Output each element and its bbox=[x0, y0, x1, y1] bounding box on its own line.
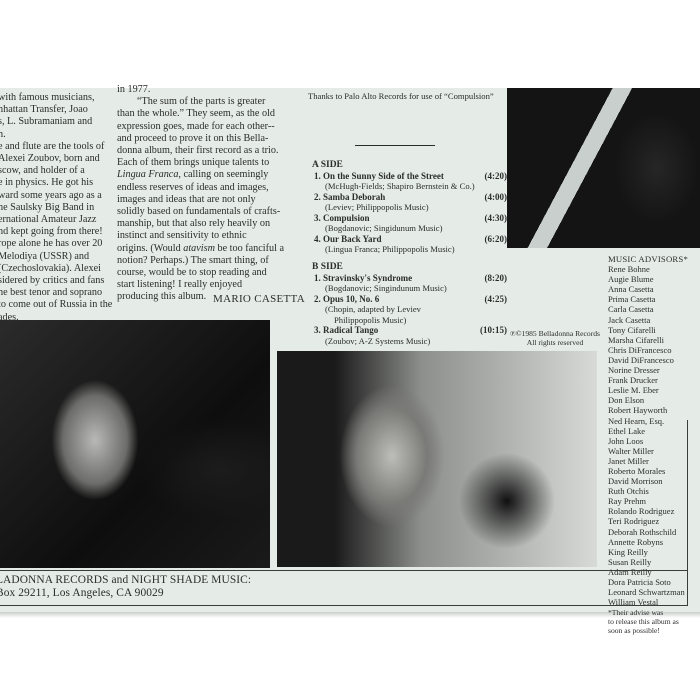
advisor-name: Carla Casetta bbox=[608, 304, 698, 314]
advisor-name: Walter Miller bbox=[608, 446, 698, 456]
track-row: 1. On the Sunny Side of the Street(4:20) bbox=[312, 171, 507, 182]
address-line: Box 29211, Los Angeles, CA 90029 bbox=[0, 587, 251, 600]
frame-line-top bbox=[0, 570, 688, 571]
thanks-note: Thanks to Palo Alto Records for use of “… bbox=[308, 91, 503, 101]
side-b-tracklist: B SIDE 1. Stravinsky's Syndrome(8:20)(Bo… bbox=[312, 262, 507, 346]
advisor-name: David Morrison bbox=[608, 476, 698, 486]
side-a-tracklist: A SIDE 1. On the Sunny Side of the Stree… bbox=[312, 160, 507, 255]
photo-saxophonist bbox=[507, 88, 700, 248]
track-title: 3. Radical Tango bbox=[314, 325, 378, 336]
advisor-name: Marsha Cifarelli bbox=[608, 335, 698, 345]
liner-line: (Czechoslovakia). Alexei bbox=[0, 263, 108, 275]
track-row: 4. Our Back Yard(6:20) bbox=[312, 234, 507, 245]
track-row: 1. Stravinsky's Syndrome(8:20) bbox=[312, 273, 507, 284]
track-title: 1. Stravinsky's Syndrome bbox=[314, 273, 412, 284]
footnote-line: soon as possible! bbox=[608, 626, 698, 635]
liner-notes-middle-column: in 1977.“The sum of the parts is greater… bbox=[117, 84, 302, 304]
advisor-name: Dora Patricia Soto bbox=[608, 577, 698, 587]
liner-line: he best tenor and soprano bbox=[0, 287, 108, 299]
copyright-notice: ℗©1985 Belladonna Records All rights res… bbox=[505, 329, 605, 347]
advisor-name: Prima Casetta bbox=[608, 294, 698, 304]
track-credit: (Zoubov; A-Z Systems Music) bbox=[312, 336, 507, 347]
liner-line: nd kept going from there! bbox=[0, 226, 108, 238]
track-title: 2. Samba Deborah bbox=[314, 192, 385, 203]
liner-line: and proceed to prove it on this Bella- bbox=[117, 133, 302, 145]
liner-line: solidly based on fundamentals of crafts- bbox=[117, 206, 302, 218]
advisor-name: Adam Reilly bbox=[608, 567, 698, 577]
track-duration: (6:20) bbox=[485, 234, 508, 245]
track-credit: (Bogdanovic; Singidunum Music) bbox=[312, 223, 507, 234]
track-duration: (4:30) bbox=[485, 213, 508, 224]
liner-line: e in physics. He got his bbox=[0, 177, 108, 189]
track-credit: (Chopin, adapted by Leviev bbox=[312, 304, 507, 315]
advisor-name: Anna Casetta bbox=[608, 284, 698, 294]
advisor-name: Ethel Lake bbox=[608, 426, 698, 436]
track-credit: (Leviev; Philippopolis Music) bbox=[312, 202, 507, 213]
advisor-name: Teri Rodriguez bbox=[608, 516, 698, 526]
music-advisors-list: MUSIC ADVISORS* Rene BohneAugie BlumeAnn… bbox=[608, 254, 698, 635]
track-credit: (Lingua Franca; Philippopolis Music) bbox=[312, 244, 507, 255]
track-duration: (4:20) bbox=[485, 171, 508, 182]
advisor-name: Roberto Morales bbox=[608, 466, 698, 476]
rights-line: All rights reserved bbox=[505, 338, 605, 347]
advisor-name: Annette Robyns bbox=[608, 537, 698, 547]
advisor-name: Ray Prehm bbox=[608, 496, 698, 506]
advisor-name: Chris DiFrancesco bbox=[608, 345, 698, 355]
liner-line: ne Saulsky Big Band in bbox=[0, 202, 108, 214]
label-address-footer: LADONNA RECORDS and NIGHT SHADE MUSIC: B… bbox=[0, 574, 251, 600]
liner-line: origins. (Would atavism be too fanciful … bbox=[117, 243, 302, 255]
advisor-name: Ruth Otchis bbox=[608, 486, 698, 496]
copyright-line: ℗©1985 Belladonna Records bbox=[505, 329, 605, 338]
advisors-footnote: *Their advise wasto release this album a… bbox=[608, 608, 698, 635]
liner-line: start listening! I really enjoyed bbox=[117, 279, 302, 291]
advisor-name: Leonard Schwartzman bbox=[608, 587, 698, 597]
liner-line: Each of them brings unique talents to bbox=[117, 157, 302, 169]
liner-line: course, would be to stop reading and bbox=[117, 267, 302, 279]
liner-notes-left-column: with famous musicians,nhattan Transfer, … bbox=[0, 92, 108, 336]
liner-line: endless reserves of ideas and images, bbox=[117, 182, 302, 194]
liner-line: Lingua Franca, calling on seemingly bbox=[117, 169, 302, 181]
advisors-heading: MUSIC ADVISORS* bbox=[608, 254, 698, 264]
track-title: 2. Opus 10, No. 6 bbox=[314, 294, 379, 305]
advisor-name: Deborah Rothschild bbox=[608, 527, 698, 537]
track-row: 2. Samba Deborah(4:00) bbox=[312, 192, 507, 203]
liner-line: donna album, their first record as a tri… bbox=[117, 145, 302, 157]
advisor-name: David DiFrancesco bbox=[608, 355, 698, 365]
advisor-name: Janet Miller bbox=[608, 456, 698, 466]
cover-edge-shadow bbox=[0, 612, 700, 618]
track-duration: (8:20) bbox=[485, 273, 508, 284]
producer-signature: MARIO CASETTA bbox=[213, 293, 305, 305]
advisor-name: Augie Blume bbox=[608, 274, 698, 284]
advisor-name: John Loos bbox=[608, 436, 698, 446]
photo-guitarist bbox=[277, 351, 597, 567]
track-duration: (10:15) bbox=[480, 325, 507, 336]
advisor-name: Susan Reilly bbox=[608, 557, 698, 567]
track-credit: (McHugh-Fields; Shapiro Bernstein & Co.) bbox=[312, 181, 507, 192]
advisor-name: Frank Drucker bbox=[608, 375, 698, 385]
liner-line: rope alone he has over 20 bbox=[0, 238, 108, 250]
liner-line: ward some years ago as a bbox=[0, 190, 108, 202]
liner-line: Alexei Zoubov, born and bbox=[0, 153, 108, 165]
advisor-name: King Reilly bbox=[608, 547, 698, 557]
frame-line-right bbox=[687, 420, 688, 606]
advisor-name: Tony Cifarelli bbox=[608, 325, 698, 335]
advisor-name: Robert Hayworth bbox=[608, 405, 698, 415]
photo-bearded-man-microphone bbox=[0, 320, 270, 568]
footnote-line: to release this album as bbox=[608, 617, 698, 626]
divider-rule bbox=[355, 145, 435, 146]
track-title: 4. Our Back Yard bbox=[314, 234, 382, 245]
liner-line: than the whole.” They seem, as the old bbox=[117, 108, 302, 120]
track-duration: (4:00) bbox=[485, 192, 508, 203]
liner-line: instinct and sensitivity to ethnic bbox=[117, 230, 302, 242]
liner-line: nhattan Transfer, Joao bbox=[0, 104, 108, 116]
track-title: 1. On the Sunny Side of the Street bbox=[314, 171, 444, 182]
track-row: 3. Radical Tango(10:15) bbox=[312, 325, 507, 336]
track-row: 2. Opus 10, No. 6(4:25) bbox=[312, 294, 507, 305]
advisor-name: Rene Bohne bbox=[608, 264, 698, 274]
advisor-name: Jack Casetta bbox=[608, 315, 698, 325]
footnote-line: *Their advise was bbox=[608, 608, 698, 617]
label-name-line: LADONNA RECORDS and NIGHT SHADE MUSIC: bbox=[0, 574, 251, 587]
liner-line: ernational Amateur Jazz bbox=[0, 214, 108, 226]
track-row: 3. Compulsion(4:30) bbox=[312, 213, 507, 224]
liner-line: expression goes, made for each other-- bbox=[117, 121, 302, 133]
advisor-name: Norine Dresser bbox=[608, 365, 698, 375]
liner-line: notion? Perhaps.) The smart thing, of bbox=[117, 255, 302, 267]
liner-line: e and flute are the tools of bbox=[0, 141, 108, 153]
side-a-title: A SIDE bbox=[312, 160, 507, 171]
track-credit: Philippopolis Music) bbox=[312, 315, 507, 326]
liner-line: Melodiya (USSR) and bbox=[0, 251, 108, 263]
liner-line: images and ideas that are not only bbox=[117, 194, 302, 206]
frame-line-bottom bbox=[0, 605, 688, 606]
advisor-name: Rolando Rodriguez bbox=[608, 506, 698, 516]
liner-line: to come out of Russia in the bbox=[0, 299, 108, 311]
advisor-name: Leslie M. Eber bbox=[608, 385, 698, 395]
track-title: 3. Compulsion bbox=[314, 213, 370, 224]
liner-line: scow, and holder of a bbox=[0, 165, 108, 177]
side-b-title: B SIDE bbox=[312, 262, 507, 273]
liner-line: “The sum of the parts is greater bbox=[117, 96, 302, 108]
liner-line: h. bbox=[0, 129, 108, 141]
track-duration: (4:25) bbox=[485, 294, 508, 305]
advisor-name: Ned Hearn, Esq. bbox=[608, 416, 698, 426]
liner-line: in 1977. bbox=[117, 84, 302, 96]
liner-line: s, L. Subramaniam and bbox=[0, 116, 108, 128]
advisor-name: Don Elson bbox=[608, 395, 698, 405]
track-credit: (Bogdanovic; Singindunum Music) bbox=[312, 283, 507, 294]
liner-line: manship, but that also rely heavily on bbox=[117, 218, 302, 230]
liner-line: sidered by critics and fans bbox=[0, 275, 108, 287]
liner-line: with famous musicians, bbox=[0, 92, 108, 104]
